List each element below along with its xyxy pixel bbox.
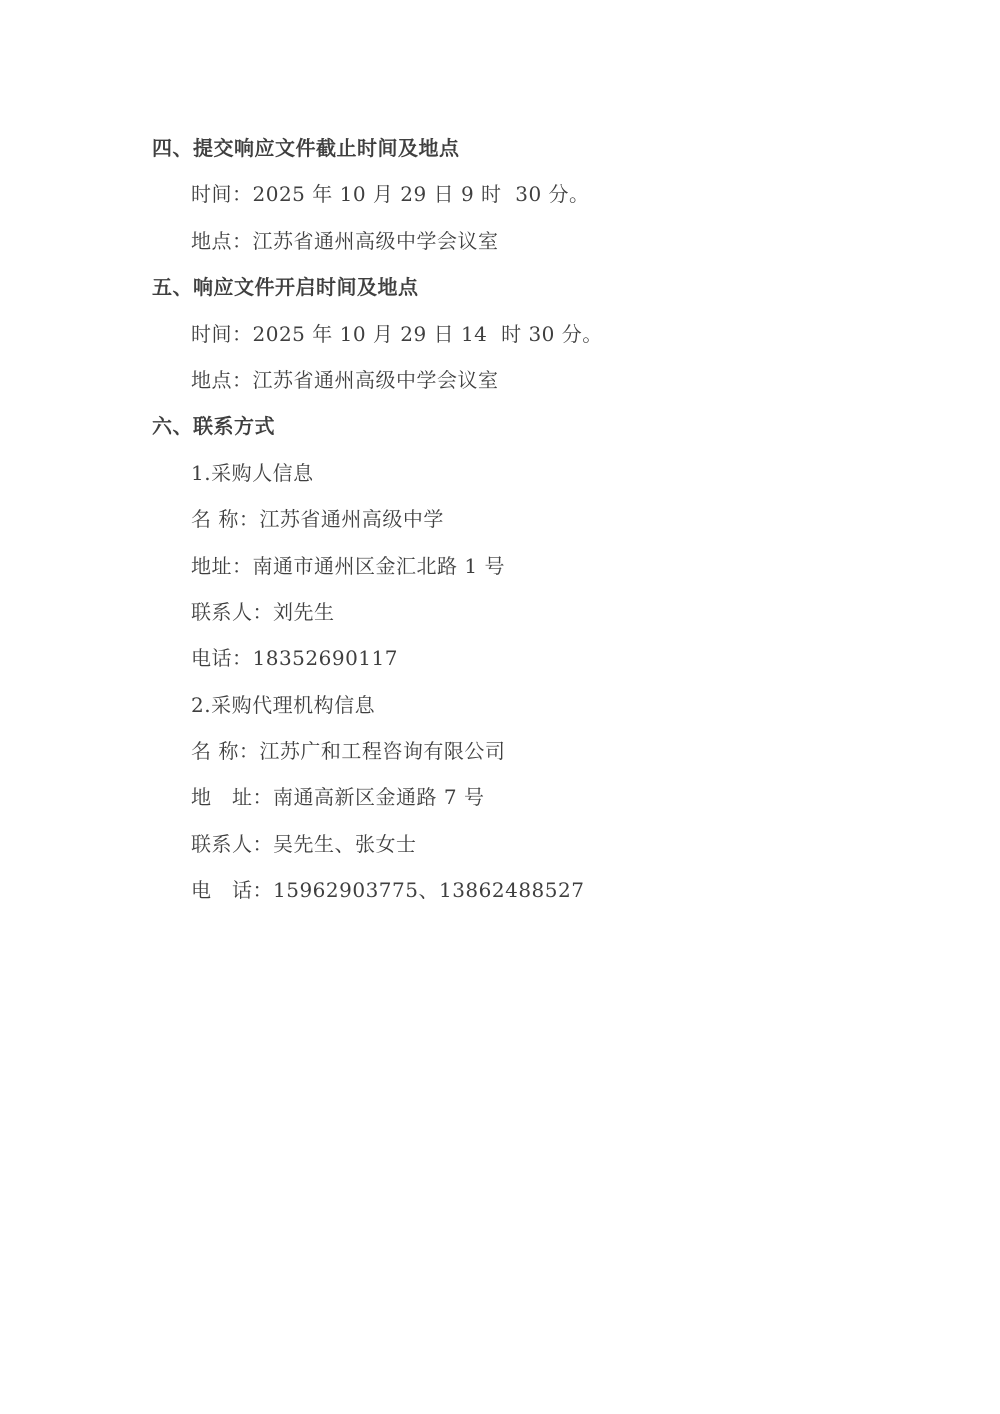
submission-deadline-time: 时间：2025 年 10 月 29 日 9 时 30 分。 xyxy=(0,171,1000,217)
agency-info-title: 2.采购代理机构信息 xyxy=(0,682,1000,728)
purchaser-address: 地址：南通市通州区金汇北路 1 号 xyxy=(0,543,1000,589)
section-heading-opening-time: 五、响应文件开启时间及地点 xyxy=(0,264,1000,310)
section-heading-contact-info: 六、联系方式 xyxy=(0,403,1000,449)
agency-phone: 电 话：15962903775、13862488527 xyxy=(0,867,1000,913)
section-heading-submission-deadline: 四、提交响应文件截止时间及地点 xyxy=(0,125,1000,171)
document-content: 四、提交响应文件截止时间及地点 时间：2025 年 10 月 29 日 9 时 … xyxy=(0,125,1000,914)
agency-name: 名 称：江苏广和工程咨询有限公司 xyxy=(0,728,1000,774)
purchaser-info-title: 1.采购人信息 xyxy=(0,450,1000,496)
document-page: 四、提交响应文件截止时间及地点 时间：2025 年 10 月 29 日 9 时 … xyxy=(0,0,1000,1414)
purchaser-name: 名 称：江苏省通州高级中学 xyxy=(0,496,1000,542)
agency-address: 地 址：南通高新区金通路 7 号 xyxy=(0,774,1000,820)
agency-contact-person: 联系人：吴先生、张女士 xyxy=(0,821,1000,867)
opening-location: 地点：江苏省通州高级中学会议室 xyxy=(0,357,1000,403)
submission-deadline-location: 地点：江苏省通州高级中学会议室 xyxy=(0,218,1000,264)
opening-time: 时间：2025 年 10 月 29 日 14 时 30 分。 xyxy=(0,311,1000,357)
purchaser-phone: 电话：18352690117 xyxy=(0,635,1000,681)
purchaser-contact-person: 联系人：刘先生 xyxy=(0,589,1000,635)
